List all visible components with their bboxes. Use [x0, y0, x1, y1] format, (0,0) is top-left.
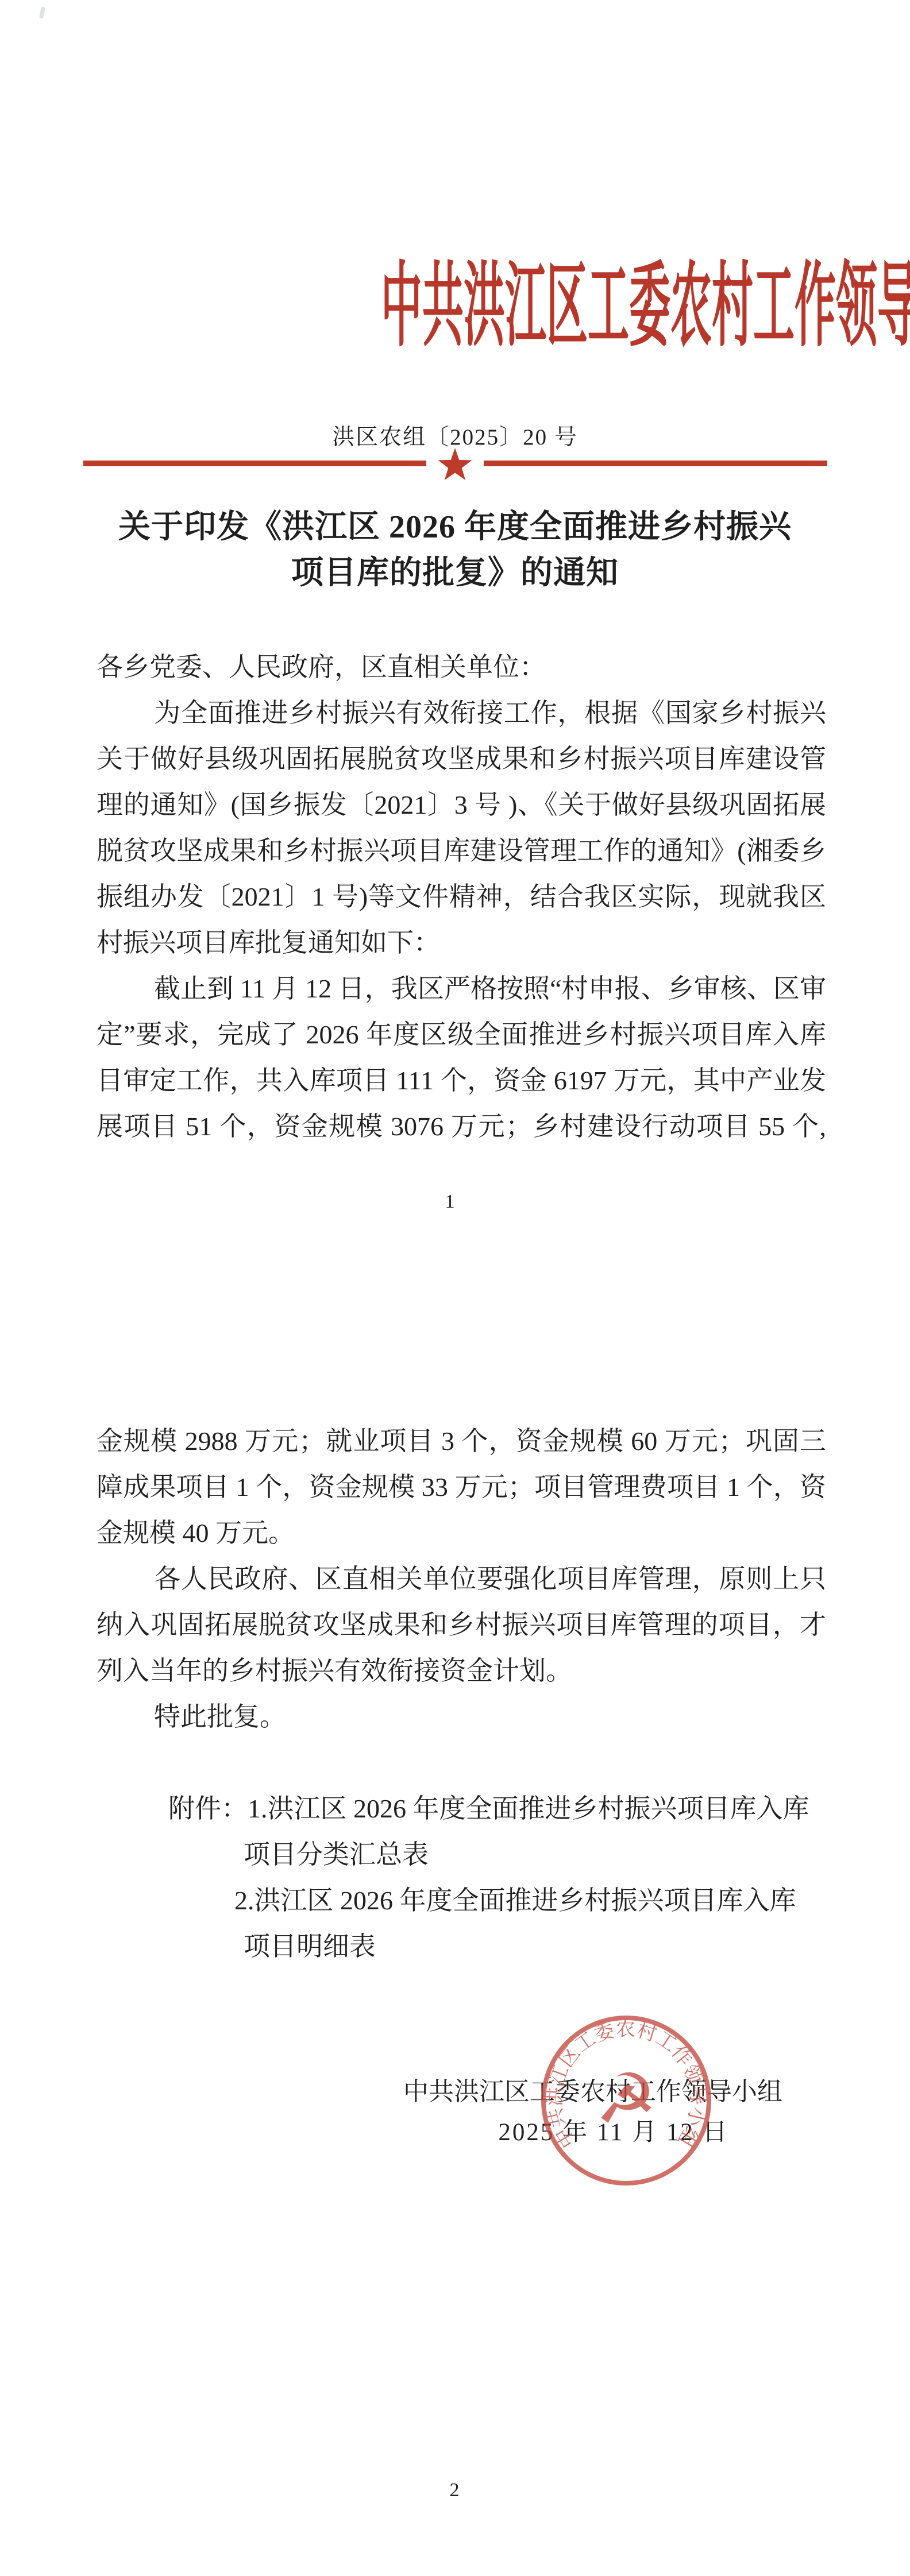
issue-date: 2025 年 11 月 12 日: [498, 2113, 728, 2148]
page2-body-text: 金规模 2988 万元；就业项目 3 个，资金规模 60 万元；巩固三保障成果项…: [97, 1418, 826, 1740]
red-divider-right: [484, 461, 827, 466]
body-line: 项目明细表: [97, 1924, 826, 1970]
letterhead: 中共洪江区工委农村工作领导小组文件: [0, 260, 910, 354]
red-divider-left: [83, 461, 426, 466]
attachment-list: 附件：1.洪江区 2026 年度全面推进乡村振兴项目库入库项目分类汇总表2.洪江…: [97, 1786, 826, 1970]
body-line: 展项目 51 个，资金规模 3076 万元；乡村建设行动项目 55 个,资: [97, 1104, 826, 1150]
scan-artifact: [39, 6, 45, 18]
body-line: 金规模 2988 万元；就业项目 3 个，资金规模 60 万元；巩固三保: [97, 1418, 826, 1464]
body-line: 村振兴项目库批复通知如下：: [97, 920, 826, 966]
body-line: 脱贫攻坚成果和乡村振兴项目库建设管理工作的通知》(湘委乡: [97, 828, 826, 874]
body-line: 关于做好县级巩固拓展脱贫攻坚成果和乡村振兴项目库建设管: [97, 736, 826, 782]
document-number: 洪区农组〔2025〕20 号: [0, 419, 910, 451]
body-line: 各人民政府、区直相关单位要强化项目库管理，原则上只有: [97, 1556, 826, 1602]
star-icon: [437, 448, 473, 484]
scanned-official-document: 中共洪江区工委农村工作领导小组文件 洪区农组〔2025〕20 号 关于印发《洪江…: [0, 0, 910, 2576]
body-line: 截止到 11 月 12 日，我区严格按照“村申报、乡审核、区审: [97, 966, 826, 1012]
body-line: 理的通知》(国乡振发〔2021〕3 号 )、《关于做好县级巩固拓展: [97, 782, 826, 828]
body-line: 2.洪江区 2026 年度全面推进乡村振兴项目库入库: [97, 1878, 826, 1924]
body-line: 各乡党委、人民政府，区直相关单位：: [97, 644, 826, 690]
page1-body-text: 各乡党委、人民政府，区直相关单位：为全面推进乡村振兴有效衔接工作，根据《国家乡村…: [97, 644, 826, 1150]
body-line: 项目分类汇总表: [97, 1832, 826, 1878]
page2-number: 2: [450, 2480, 460, 2501]
body-line: 定”要求，完成了 2026 年度区级全面推进乡村振兴项目库入库项: [97, 1012, 826, 1058]
document-title-line2: 项目库的批复》的通知: [0, 550, 910, 596]
body-line: 纳入巩固拓展脱贫攻坚成果和乡村振兴项目库管理的项目，才能: [97, 1602, 826, 1648]
body-line: 金规模 40 万元。: [97, 1510, 826, 1556]
document-title-line1: 关于印发《洪江区 2026 年度全面推进乡村振兴: [0, 504, 910, 550]
body-line: 列入当年的乡村振兴有效衔接资金计划。: [97, 1648, 826, 1694]
body-line: 目审定工作，共入库项目 111 个，资金 6197 万元，其中产业发: [97, 1058, 826, 1104]
document-title: 关于印发《洪江区 2026 年度全面推进乡村振兴 项目库的批复》的通知: [0, 504, 910, 596]
body-line: 为全面推进乡村振兴有效衔接工作，根据《国家乡村振兴局: [97, 690, 826, 736]
issuing-authority-signature: 中共洪江区工委农村工作领导小组: [403, 2071, 782, 2107]
body-line: 特此批复。: [97, 1694, 826, 1740]
page1-number: 1: [445, 1191, 455, 1213]
body-line: 振组办发〔2021〕1 号)等文件精神，结合我区实际，现就我区乡: [97, 874, 826, 920]
letterhead-title: 中共洪江区工委农村工作领导小组文件: [381, 256, 910, 358]
body-line: 障成果项目 1 个，资金规模 33 万元；项目管理费项目 1 个，资: [97, 1464, 826, 1510]
body-line: 附件：1.洪江区 2026 年度全面推进乡村振兴项目库入库: [97, 1786, 826, 1832]
